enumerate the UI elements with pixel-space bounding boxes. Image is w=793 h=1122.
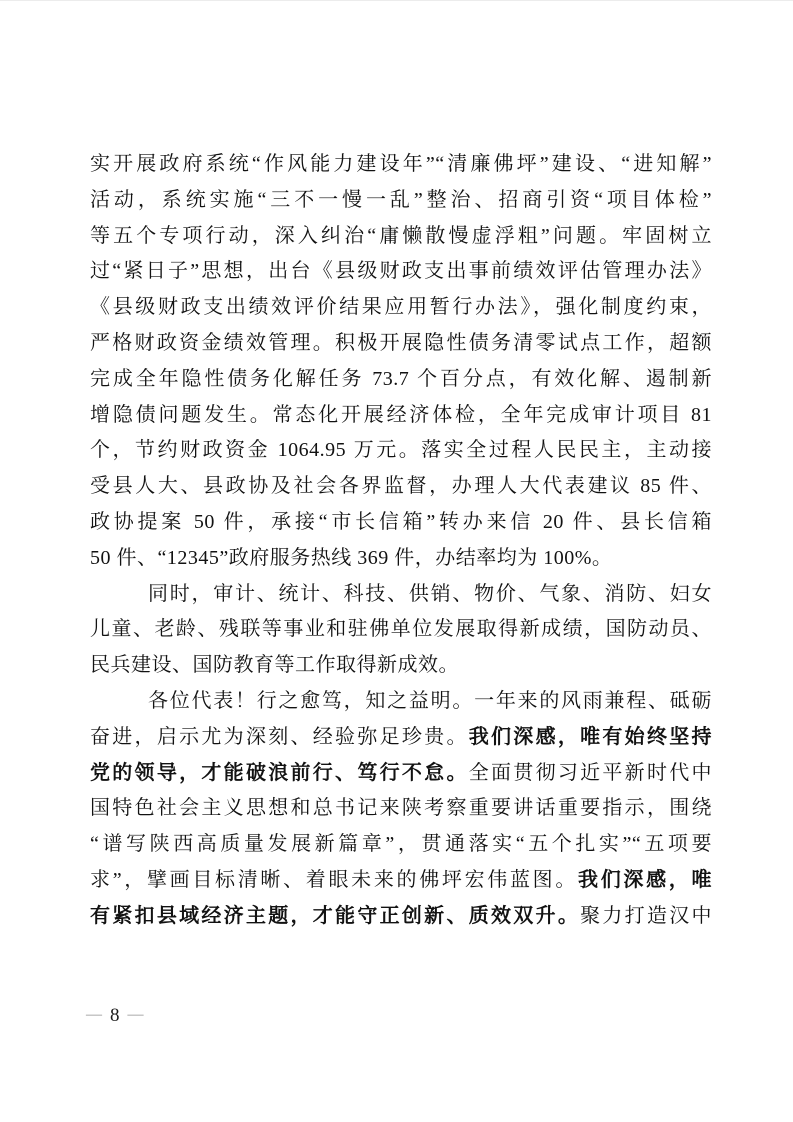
paragraph: 同时，审计、统计、科技、供销、物价、气象、消防、妇女儿童、老龄、残联等事业和驻佛… xyxy=(90,577,712,684)
body-text: 民兵建设、国防教育等工作取得新成效。 xyxy=(90,654,459,676)
body-text: 受县人大、县政协及社会各界监督，办理人大代表建议 85 件、 xyxy=(90,475,712,497)
text-line: 活动，系统实施“三不一慢一乱”整治、招商引资“项目体检” xyxy=(90,183,712,219)
text-line: 同时，审计、统计、科技、供销、物价、气象、消防、妇女 xyxy=(90,577,712,613)
text-line: 完成全年隐性债务化解任务 73.7 个百分点，有效化解、遏制新 xyxy=(90,362,712,398)
footer-dash-right: — xyxy=(128,1006,144,1023)
body-text: 等五个专项行动，深入纠治“庸懒散慢虚浮粗”问题。牢固树立 xyxy=(90,225,712,247)
text-line: 《县级财政支出绩效评价结果应用暂行办法》，强化制度约束， xyxy=(90,290,712,326)
body-text: 儿童、老龄、残联等事业和驻佛单位发展取得新成绩，国防动员、 xyxy=(90,618,712,640)
emphasis-text: 我们深感，唯 xyxy=(578,869,712,891)
text-line: 过“紧日子”思想，出台《县级财政支出事前绩效评估管理办法》 xyxy=(90,254,712,290)
body-text: “谱写陕西高质量发展新篇章”，贯通落实“五个扎实”“五项要 xyxy=(90,833,712,855)
paragraph: 实开展政府系统“作风能力建设年”“清廉佛坪”建设、“进知解”活动，系统实施“三不… xyxy=(90,147,712,577)
body-text: 政协提案 50 件，承接“市长信箱”转办来信 20 件、县长信箱 xyxy=(90,511,712,533)
text-line: 各位代表！行之愈笃，知之益明。一年来的风雨兼程、砥砺 xyxy=(90,684,712,720)
text-line: 增隐债问题发生。常态化开展经济体检，全年完成审计项目 81 xyxy=(90,398,712,434)
emphasis-text: 我们深感，唯有始终坚持 xyxy=(469,726,712,748)
footer-dash-left: — xyxy=(86,1006,102,1023)
text-line: 严格财政资金绩效管理。积极开展隐性债务清零试点工作，超额 xyxy=(90,326,712,362)
text-line: 50 件、“12345”政府服务热线 369 件，办结率均为 100%。 xyxy=(90,541,712,577)
text-line: 求”，擘画目标清晰、着眼未来的佛坪宏伟蓝图。我们深感，唯 xyxy=(90,863,712,899)
body-text: 个，节约财政资金 1064.95 万元。落实全过程人民民主，主动接 xyxy=(90,439,712,461)
text-line: 受县人大、县政协及社会各界监督，办理人大代表建议 85 件、 xyxy=(90,469,712,505)
text-line: 实开展政府系统“作风能力建设年”“清廉佛坪”建设、“进知解” xyxy=(90,147,712,183)
body-text: 实开展政府系统“作风能力建设年”“清廉佛坪”建设、“进知解” xyxy=(90,153,712,175)
body-text: 《县级财政支出绩效评价结果应用暂行办法》，强化制度约束， xyxy=(90,296,712,318)
text-line: 政协提案 50 件，承接“市长信箱”转办来信 20 件、县长信箱 xyxy=(90,505,712,541)
body-text: 严格财政资金绩效管理。积极开展隐性债务清零试点工作，超额 xyxy=(90,332,712,354)
page-number: 8 xyxy=(102,1005,128,1026)
body-text: 国特色社会主义思想和总书记来陕考察重要讲话重要指示，围绕 xyxy=(90,797,712,819)
text-line: 民兵建设、国防教育等工作取得新成效。 xyxy=(90,648,712,684)
emphasis-text: 有紧扣县域经济主题，才能守正创新、质效双升。 xyxy=(90,905,580,927)
body-text: 增隐债问题发生。常态化开展经济体检，全年完成审计项目 81 xyxy=(90,404,712,426)
body-text: 50 件、“12345”政府服务热线 369 件，办结率均为 100%。 xyxy=(90,547,612,569)
text-line: “谱写陕西高质量发展新篇章”，贯通落实“五个扎实”“五项要 xyxy=(90,827,712,863)
body-text: 全面贯彻习近平新时代中 xyxy=(469,762,712,784)
body-text: 求”，擘画目标清晰、着眼未来的佛坪宏伟蓝图。 xyxy=(90,869,578,891)
text-line: 个，节约财政资金 1064.95 万元。落实全过程人民民主，主动接 xyxy=(90,433,712,469)
paragraph: 各位代表！行之愈笃，知之益明。一年来的风雨兼程、砥砺奋进，启示尤为深刻、经验弥足… xyxy=(90,684,712,935)
text-line: 党的领导，才能破浪前行、笃行不怠。全面贯彻习近平新时代中 xyxy=(90,756,712,792)
body-text: 活动，系统实施“三不一慢一乱”整治、招商引资“项目体检” xyxy=(90,189,712,211)
body-text: 同时，审计、统计、科技、供销、物价、气象、消防、妇女 xyxy=(148,583,712,605)
body-text: 聚力打造汉中 xyxy=(580,905,712,927)
page-footer: —8— xyxy=(86,1003,144,1029)
body-text: 完成全年隐性债务化解任务 73.7 个百分点，有效化解、遏制新 xyxy=(90,368,712,390)
emphasis-text: 党的领导，才能破浪前行、笃行不怠。 xyxy=(90,762,469,784)
text-line: 儿童、老龄、残联等事业和驻佛单位发展取得新成绩，国防动员、 xyxy=(90,612,712,648)
text-line: 国特色社会主义思想和总书记来陕考察重要讲话重要指示，围绕 xyxy=(90,791,712,827)
body-text: 奋进，启示尤为深刻、经验弥足珍贵。 xyxy=(90,726,469,748)
body-text: 各位代表！行之愈笃，知之益明。一年来的风雨兼程、砥砺 xyxy=(148,690,712,712)
body-text: 过“紧日子”思想，出台《县级财政支出事前绩效评估管理办法》 xyxy=(90,260,712,282)
text-line: 奋进，启示尤为深刻、经验弥足珍贵。我们深感，唯有始终坚持 xyxy=(90,720,712,756)
document-page: 实开展政府系统“作风能力建设年”“清廉佛坪”建设、“进知解”活动，系统实施“三不… xyxy=(0,0,793,1122)
text-line: 等五个专项行动，深入纠治“庸懒散慢虚浮粗”问题。牢固树立 xyxy=(90,219,712,255)
document-body: 实开展政府系统“作风能力建设年”“清廉佛坪”建设、“进知解”活动，系统实施“三不… xyxy=(90,147,712,935)
text-line: 有紧扣县域经济主题，才能守正创新、质效双升。聚力打造汉中 xyxy=(90,899,712,935)
